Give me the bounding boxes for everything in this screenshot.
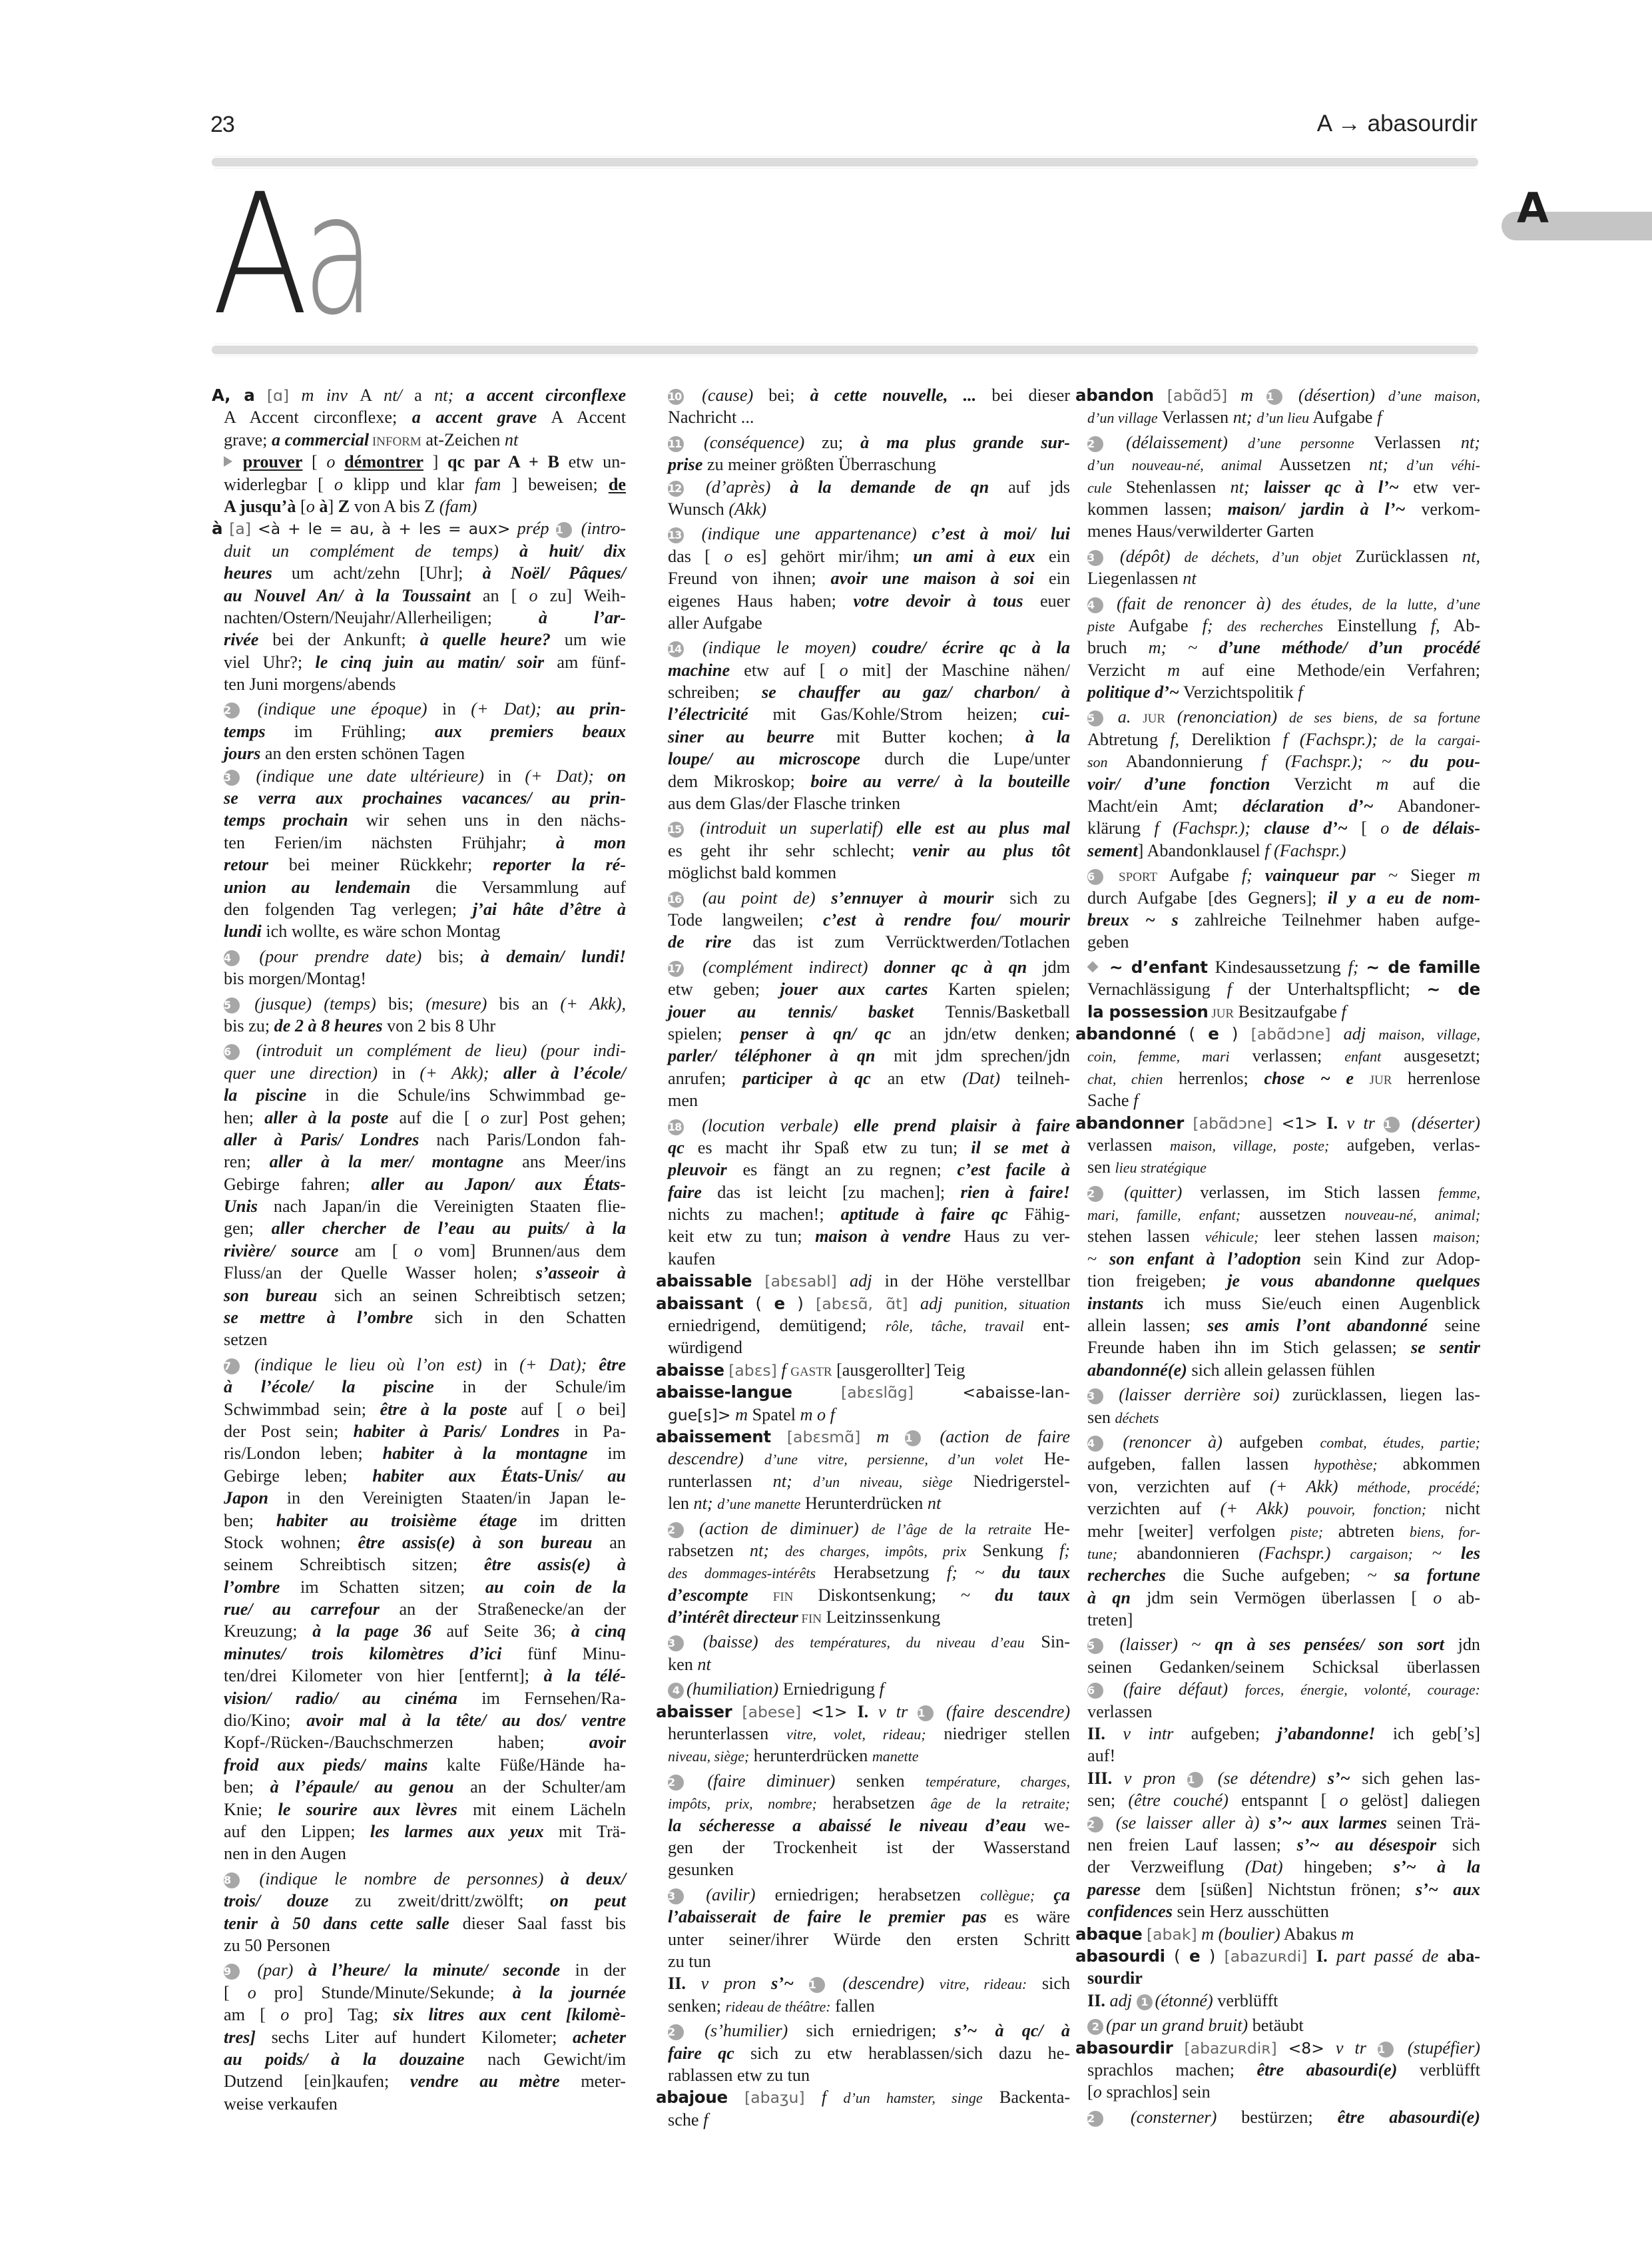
translation-text: der Unterhaltspflicht;	[1248, 980, 1427, 999]
grammar-label: m inv	[302, 386, 360, 405]
translation-text: ent-	[1043, 1316, 1070, 1335]
compound-diamond-icon	[1087, 961, 1099, 972]
entry-line: bis morgen/Montag!	[212, 968, 626, 989]
translation-text: spielen;	[668, 1024, 740, 1043]
example-phrase: minutes/ trois kilomètres d’ici	[224, 1644, 501, 1663]
translation-text: es] gehört mir/ihm;	[746, 547, 913, 566]
entry-headline: abaisse [abɛs] f GASTR [ausgerollter] Te…	[656, 1359, 1070, 1381]
entry-line: Abtretung f, Dereliktion f (Fachspr.); d…	[1075, 728, 1480, 750]
example-phrase: paresse	[1087, 1880, 1141, 1899]
example-phrase: c’est facile à	[957, 1160, 1070, 1179]
translation-text: ~	[1432, 1543, 1461, 1563]
grammar-label: f (Fachspr.);	[1154, 818, 1264, 838]
context-label: des dommages-intérêts	[668, 1565, 816, 1581]
translation-text: dieser Saal fasst bis	[463, 1914, 626, 1933]
entry-line: 2 (délaissement) d’une personne Verlasse…	[1075, 431, 1480, 453]
grammar-label: o	[248, 1983, 256, 2002]
entry-line: temps prochain wir sehen uns in den näch…	[212, 809, 626, 831]
translation-text: an jdn/etw denken;	[910, 1024, 1070, 1043]
entry-line: 3 (avilir) erniedrigen; herabsetzen coll…	[656, 1884, 1070, 1906]
translation-text: klipp und klar	[354, 475, 475, 494]
translation-text: hingeben;	[1304, 1857, 1394, 1876]
translation-text: He-	[1044, 1449, 1070, 1468]
grammar-label: (introduit un complément de lieu) (pour …	[256, 1041, 627, 1060]
entry-line: vision/ radio/ au cinéma im Fernsehen/Ra…	[212, 1687, 626, 1709]
grammar-label: f	[1133, 1091, 1138, 1110]
entry-line: au poids/ à la douzaine nach Gewicht/im	[212, 2048, 626, 2070]
grammar-label: (au point de)	[702, 888, 832, 908]
example-phrase: jours	[224, 744, 260, 763]
translation-text: an den ersten schönen Tagen	[260, 744, 465, 763]
sense-number-badge: 1	[1378, 2042, 1394, 2058]
entry-line: nen freien Lauf lassen; s’~ au désespoir…	[1075, 1834, 1480, 1856]
translation-text: dem [süßen] Nichtstun frönen;	[1155, 1880, 1416, 1899]
example-phrase: elle prend plaisir à faire	[854, 1116, 1070, 1135]
example-phrase: tenir à 50 dans cette salle	[224, 1914, 449, 1933]
translation-text: euer	[1040, 591, 1070, 611]
translation-text: Leitzinssenkung	[822, 1607, 940, 1627]
example-phrase: loupe/ au microscope	[668, 749, 860, 768]
entry-headline: abasourdi ( e ) [abazuʀdi] I. part passé…	[1075, 1945, 1480, 1967]
example-phrase: temps prochain	[224, 810, 348, 830]
entry-headline: abaisser [abese] <1> I. v tr 1 (faire de…	[656, 1701, 1070, 1723]
translation-text: sen	[1087, 1408, 1115, 1427]
sense-number-badge: 2	[1087, 1817, 1103, 1832]
translation-text: Herabsetzung	[834, 1563, 947, 1582]
translation-text: mit einem Lächeln	[473, 1800, 626, 1819]
grammar-label: f;	[947, 1563, 975, 1582]
entry-line: aus dem Glas/der Flasche trinken	[656, 792, 1070, 814]
example-phrase: être abasourdi(e)	[1338, 2107, 1480, 2127]
translation-text: schreiben;	[668, 683, 762, 702]
translation-text: auf Seite 36;	[446, 1621, 571, 1641]
translation-text: in der	[575, 1960, 626, 1980]
example-phrase: froid aux pieds/ mains	[224, 1755, 427, 1775]
grammar-label: m	[1167, 661, 1180, 680]
translation-text: ab-	[1458, 1588, 1480, 1607]
entry-line: 17 (complément indirect) donner qc à qn …	[656, 956, 1070, 978]
example-phrase: rue/ au carrefour	[224, 1599, 380, 1619]
domain-label: JUR	[1370, 1073, 1392, 1087]
translation-text: würdigend	[668, 1338, 742, 1357]
example-phrase: s’~ aux larmes	[1269, 1813, 1387, 1832]
example-phrase: à la télé-	[544, 1666, 626, 1685]
entry-line: 2(par un grand bruit) betäubt	[1075, 2014, 1480, 2036]
grammar-label: (Dat)	[962, 1069, 1000, 1088]
entry-line: ken nt	[656, 1653, 1070, 1675]
domain-label: GASTR	[790, 1365, 832, 1379]
sense-number-badge: 16	[668, 892, 684, 908]
entry-line: Liegenlassen nt	[1075, 567, 1480, 589]
translation-text: die Versammlung auf	[435, 878, 626, 897]
context-label: chat, chien	[1087, 1071, 1163, 1087]
entry-line: machine etw auf [ o mit] der Maschine nä…	[656, 659, 1070, 681]
example-phrase: abandonné(e)	[1087, 1360, 1187, 1380]
grammar-label: (Akk)	[728, 499, 766, 519]
grammar-label: (action de faire	[940, 1427, 1070, 1446]
translation-text: sich erniedrigen;	[806, 2021, 954, 2040]
context-label: femme,	[1438, 1185, 1480, 1201]
context-label: des études, de la lutte, d’une	[1282, 596, 1480, 613]
entry-line: ten/drei Kilometer von hier [entfernt]; …	[212, 1665, 626, 1687]
entry-line: Wunsch (Akk)	[656, 498, 1070, 520]
translation-text: Liegenlassen	[1087, 569, 1183, 588]
example-phrase: siner au beurre	[668, 727, 814, 746]
translation-text: treten]	[1087, 1610, 1133, 1629]
entry-line: sche f	[656, 2109, 1070, 2131]
translation-text: hen;	[224, 1108, 264, 1127]
entry-line: Dutzend [ein]kaufen; vendre au mètre met…	[212, 2070, 626, 2092]
translation-text: Spatel	[752, 1405, 800, 1424]
example-phrase: d’une méthode/ d’un procédé	[1219, 638, 1480, 657]
translation-text: rabsetzen	[668, 1541, 750, 1560]
grammar-label: nt;	[1233, 408, 1257, 427]
entry-line: den folgenden Tag verlegen; j’ai hâte d’…	[212, 898, 626, 920]
entry-line: auf den Lippen; les larmes aux yeux mit …	[212, 1821, 626, 1842]
grammar-label: (descendre)	[842, 1974, 939, 1993]
entry-line: verlassen	[1075, 1701, 1480, 1723]
context-label: enfant	[1344, 1048, 1381, 1065]
example-phrase: l’ombre	[224, 1577, 280, 1597]
example-phrase: ça	[1053, 1885, 1070, 1904]
translation-text: pro] Tag;	[304, 2005, 394, 2024]
translation-text: an etw	[888, 1069, 963, 1088]
grammar-label: o	[1340, 1791, 1348, 1810]
section-letter-upper: A	[212, 178, 305, 332]
translation-text: Knie;	[224, 1800, 278, 1819]
translation-text: um wie	[565, 630, 626, 649]
grammar-label: f	[1342, 1002, 1346, 1021]
translation-text: aufgeben, fallen lassen	[1087, 1454, 1314, 1474]
entry-line: paresse dem [süßen] Nichtstun frönen; s’…	[1075, 1878, 1480, 1900]
example-phrase: à la journée	[513, 1983, 626, 2002]
entry-line: à l’école/ la piscine in der Schule/im	[212, 1376, 626, 1398]
entry-line: instants ich muss Sie/euch einen Augenbl…	[1075, 1292, 1480, 1314]
sense-number-badge: 3	[1087, 550, 1103, 566]
translation-text: widerlegbar [	[224, 475, 324, 494]
translation-text: herabsetzen	[832, 1793, 930, 1813]
translation-text: Herunterdrücken	[800, 1494, 928, 1513]
translation-text: der Verzweiflung	[1087, 1857, 1245, 1876]
translation-text: bei dieser	[991, 386, 1070, 405]
example-phrase: d’escompte	[668, 1585, 748, 1605]
translation-text: Gebirge fahren;	[224, 1175, 371, 1194]
grammar-label: f	[822, 2088, 844, 2107]
translation-text: am [	[355, 1241, 398, 1261]
grammar-label: (+ Akk);	[419, 1063, 503, 1083]
grammar-label: nt;	[1369, 455, 1406, 474]
sense-number-badge: 2	[224, 702, 240, 718]
translation-text: grave;	[224, 430, 272, 449]
entry-line: II. v intr aufgeben; j’abandonne! ich ge…	[1075, 1723, 1480, 1745]
phonetic: [abɛslɑ̃g]	[841, 1383, 914, 1402]
translation-text: Vernachlässigung	[1087, 980, 1227, 999]
grammar-label: f	[1298, 683, 1302, 702]
translation-text: jdm sein Vermögen überlassen [	[1147, 1588, 1417, 1607]
entry-line: durch Aufgabe [des Gegners]; il y a eu d…	[1075, 887, 1480, 909]
translation-text: Freunde haben ihn im Stich gelassen;	[1087, 1338, 1411, 1357]
sense-number-badge: 8	[224, 1872, 240, 1888]
translation-text: auf jds	[1008, 477, 1070, 497]
entry-headline: abandonné ( e ) [abɑ̃dɔne] adj maison, v…	[1075, 1023, 1480, 1045]
grammar-label: v tr	[878, 1702, 918, 1721]
grammar-label: (faire défaut)	[1123, 1679, 1245, 1699]
example-phrase: a accent circonflexe	[466, 386, 626, 405]
sense-number-badge: 1	[1384, 1117, 1400, 1133]
sense-number-badge: 4	[1087, 1436, 1103, 1452]
translation-text: dio/Kino;	[224, 1711, 306, 1730]
translation-text: abtreten	[1338, 1522, 1410, 1541]
example-phrase: maison à vendre	[815, 1227, 951, 1246]
translation-text: zu tun	[668, 1952, 711, 1971]
entry-line: retour bei meiner Rückkehr; reporter la …	[212, 854, 626, 876]
translation-text: pro] Stunde/Minute/Sekunde;	[274, 1983, 513, 2002]
translation-text: Verzichtspolitik	[1179, 683, 1298, 702]
entry-line: zu 50 Personen	[212, 1934, 626, 1956]
sense-number-badge: 6	[1087, 869, 1103, 885]
example-phrase: au prin-	[557, 699, 626, 718]
example-phrase: son enfant à l’adoption	[1109, 1249, 1301, 1268]
entry-line: bis zu; de 2 à 8 heures von 2 bis 8 Uhr	[212, 1015, 626, 1037]
entry-line: auf!	[1075, 1745, 1480, 1767]
grammar-label: nt;	[750, 1541, 785, 1560]
translation-text: es wäre	[1004, 1907, 1070, 1926]
example-phrase: chose ~ e	[1264, 1069, 1354, 1088]
entry-line: treten]	[1075, 1609, 1480, 1631]
entry-line: ~ d’enfant Kindesaussetzung f; ~ de fami…	[1075, 956, 1480, 978]
entry-line: herunterlassen vitre, volet, rideau; nie…	[656, 1723, 1070, 1745]
entry-line: niveau, siège; herunterdrücken manette	[656, 1745, 1070, 1767]
example-phrase: s’~ à qc/ à	[955, 2021, 1071, 2040]
example-phrase: a commercial	[272, 430, 369, 449]
translation-text: ] Abandonklausel	[1138, 841, 1265, 860]
grammar-label: (+ Akk)	[1221, 1499, 1308, 1518]
context-label: cule	[1087, 479, 1112, 496]
entry-line: setzen	[212, 1328, 626, 1350]
translation-text: bis;	[439, 947, 481, 966]
grammar-label: (indique une date ultérieure)	[256, 766, 484, 786]
entry-line: ~ son enfant à l’adoption sein Kind zur …	[1075, 1248, 1480, 1270]
sense-number-badge: 4	[668, 1683, 684, 1699]
translation-text: Abandonnierung	[1125, 752, 1261, 771]
entry-line: menes Haus/verwilderter Garten	[1075, 520, 1480, 542]
example-phrase: s’~ aux	[1416, 1880, 1480, 1899]
grammar-label: (intro-	[581, 519, 626, 538]
translation-text: ]	[433, 452, 447, 471]
entry-line: sourdir	[1075, 1967, 1480, 1989]
translation-text: fünf Minu-	[527, 1644, 626, 1663]
translation-text: bei]	[599, 1400, 626, 1419]
example-phrase: rivée	[224, 630, 258, 649]
entry-line: II. adj 1(étonné) verblüfft	[1075, 1990, 1480, 2012]
context-label: d’un véhi-	[1406, 457, 1480, 473]
translation-text: aussetzen	[1259, 1205, 1344, 1224]
translation-text: senken;	[668, 1996, 726, 2016]
translation-text: anrufen;	[668, 1069, 742, 1088]
bottom-rule	[212, 346, 1478, 354]
grammar-label: o	[724, 547, 732, 566]
entry-line: 4 (pour prendre date) bis; à demain/ lun…	[212, 946, 626, 968]
grammar-label: f (Fachspr.);	[1283, 730, 1390, 749]
entry-line: tres] sechs Liter auf hundert Kilometer;…	[212, 2026, 626, 2048]
context-label: de ses biens, de sa fortune	[1289, 709, 1480, 726]
grammar-label: (faire diminuer)	[707, 1771, 835, 1791]
grammar-label: m	[1341, 1924, 1354, 1944]
example-phrase: tres]	[224, 2028, 256, 2047]
entry-line: Unis nach Japan/in die Vereinigten Staat…	[212, 1195, 626, 1217]
entry-line: des dommages-intérêts Herabsetzung f; ~ …	[656, 1561, 1070, 1583]
entry-line: Schwimmbad sein; être à la poste auf [ o…	[212, 1398, 626, 1420]
grammar-label: (indique le moyen)	[702, 638, 872, 657]
entry-headline: abaque [abak] m (boulier) Abakus m	[1075, 1923, 1480, 1945]
context-label: d’une personne	[1248, 435, 1354, 451]
translation-text: Diskontsenkung; ~	[818, 1585, 995, 1605]
translation-text: aus dem Glas/der Flasche trinken	[668, 794, 900, 813]
entry-line: 15 (introduit un superlatif) elle est au…	[656, 817, 1070, 839]
translation-text: den folgenden Tag verlegen;	[224, 900, 473, 919]
sense-number-badge: 3	[668, 1635, 684, 1651]
translation-text: bestürzen;	[1241, 2107, 1337, 2127]
context-label: coin, femme, mari	[1087, 1048, 1230, 1065]
translation-text: runterlassen	[668, 1472, 773, 1491]
grammar-label: duit un complément de temps)	[224, 541, 519, 561]
sense-number-badge: 1	[556, 522, 572, 538]
translation-text: es geht ihr sehr schlecht;	[668, 841, 912, 860]
translation-text: mit Trä-	[559, 1822, 626, 1841]
bold-text: II.	[1087, 1991, 1105, 2010]
translation-text: stehen lassen	[1087, 1227, 1205, 1246]
sense-number-badge: 9	[224, 1964, 240, 1980]
context-label: impôts, prix, nombre;	[668, 1795, 817, 1812]
entry-line: ben; habiter au troisième étage im dritt…	[212, 1510, 626, 1532]
bold-text: I.	[1316, 1946, 1328, 1966]
translation-text: verkom-	[1421, 499, 1480, 519]
entry-line: 2 (action de diminuer) de l’âge de la re…	[656, 1518, 1070, 1540]
grammar-label: (humiliation)	[687, 1679, 778, 1699]
phonetic: [abɛsmɑ̃]	[787, 1428, 860, 1446]
context-label: des recherches	[1227, 618, 1323, 635]
entry-line: Verzicht m auf eine Methode/ein Verfahre…	[1075, 659, 1480, 681]
example-phrase: s’ennuyer à mourir	[831, 888, 993, 908]
example-phrase: se mettre à l’ombre	[224, 1308, 413, 1327]
grammar-label: (par)	[258, 1960, 308, 1980]
sense-number-badge: 3	[1087, 1388, 1103, 1404]
translation-text: in den Vereinigten Staaten/in Japan le-	[287, 1488, 626, 1508]
idiom-triangle-icon	[224, 456, 232, 467]
translation-text: es macht ihr Spaß etw zu tun;	[698, 1138, 971, 1157]
translation-text: ein	[1049, 569, 1070, 588]
translation-text: seine	[1444, 1316, 1480, 1335]
translation-text: Dereliktion	[1191, 730, 1282, 749]
grammar-label: f;	[1203, 616, 1227, 635]
entry-line: mari, famille, enfant; aussetzen nouveau…	[1075, 1203, 1480, 1225]
example-phrase: du taux	[1002, 1563, 1070, 1582]
grammar-label: (faire descendre)	[946, 1702, 1070, 1721]
example-phrase: à huit/ dix	[519, 541, 626, 561]
grammar-label: (conséquence)	[704, 433, 804, 452]
translation-text: senken	[856, 1771, 926, 1791]
entry-line: coin, femme, mari verlassen; enfant ausg…	[1075, 1045, 1480, 1067]
entry-line: 4 (fait de renoncer à) des études, de la…	[1075, 593, 1480, 615]
translation-text: Tode langweilen;	[668, 910, 823, 930]
entry-headline: abasourdir [abazuʀdiʀ] <8> v tr 1 (stupé…	[1075, 2037, 1480, 2059]
translation-text: bis an	[499, 994, 561, 1013]
context-label: d’un nouveau-né, animal	[1087, 457, 1262, 473]
section-letters: Aa	[212, 178, 401, 332]
translation-text: Besitzaufgabe	[1234, 1002, 1341, 1021]
idiom-keyword: démontrer	[344, 452, 423, 471]
entry-line: impôts, prix, nombre; herabsetzen âge de…	[656, 1792, 1070, 1814]
translation-text: ich geb[’s]	[1393, 1724, 1480, 1743]
entry-line: se verra aux prochaines vacances/ au pri…	[212, 787, 626, 809]
example-phrase: habiter à la montagne	[383, 1444, 588, 1463]
entry-line: viel Uhr?; le cinq juin au matin/ soir a…	[212, 651, 626, 673]
section-letter-lower: a	[303, 178, 372, 332]
entry-line: dem Mikroskop; boire au verre/ à la bout…	[656, 770, 1070, 792]
translation-text: Verlassen	[1158, 408, 1233, 427]
grammar-label: (baisse)	[703, 1632, 775, 1651]
sense-number-badge: 3	[668, 1888, 684, 1904]
translation-text: nen freien Lauf lassen;	[1087, 1835, 1297, 1854]
translation-text: mit jdm sprechen/jdn	[894, 1046, 1070, 1065]
sense-number-badge: 12	[668, 481, 684, 497]
example-phrase: se chauffer au gaz/ charbon/ à	[762, 683, 1070, 702]
translation-text: Erniedrigung	[778, 1679, 879, 1699]
grammar-label: (complément indirect)	[702, 958, 884, 977]
translation-text: sechs Liter auf hundert Kilometer;	[272, 2028, 573, 2047]
entry-line: etw geben; jouer aux cartes Karten spiel…	[656, 978, 1070, 1000]
translation-text: Sache	[1087, 1091, 1133, 1110]
example-phrase: qn à ses pensées/ son sort	[1215, 1635, 1444, 1654]
entry-line: faire das ist leicht [zu machen]; rien à…	[656, 1181, 1070, 1203]
entry-line: sen; (être couché) entspannt [ o gelöst]…	[1075, 1789, 1480, 1811]
grammar-label: a.	[1118, 707, 1143, 726]
entry-line: senken; rideau de théâtre: fallen	[656, 1995, 1070, 2017]
translation-text: zahlreiche Teilnehmer haben aufge-	[1195, 910, 1480, 930]
translation-text: teilneh-	[1017, 1069, 1070, 1088]
translation-text: zurücklassen, liegen las-	[1292, 1385, 1480, 1404]
entry-line: zu tun	[656, 1950, 1070, 1972]
entry-line: 2 (s’humilier) sich erniedrigen; s’~ à q…	[656, 2020, 1070, 2042]
translation-text: Dutzend [ein]kaufen;	[224, 2072, 410, 2091]
entry-line: allein lassen; ses amis l’ont abandonné …	[1075, 1314, 1480, 1336]
translation-text: ren;	[224, 1152, 270, 1171]
entry-line: kommen lassen; maison/ jardin à l’~ verk…	[1075, 498, 1480, 520]
entry-line: 9 (par) à l’heure/ la minute/ seconde in…	[212, 1959, 626, 1981]
example-phrase: s’~	[1328, 1769, 1350, 1788]
context-label: des charges, impôts, prix	[785, 1543, 966, 1559]
translation-text: mit Gas/Kohle/Strom heizen;	[773, 704, 1042, 724]
translation-text: Verlassen	[1374, 433, 1460, 452]
translation-text: ben;	[224, 1511, 276, 1530]
context-label: de déchets, d’un objet	[1184, 549, 1341, 565]
entry-line: politique d’~ Verzichtspolitik f	[1075, 681, 1480, 703]
example-phrase: votre devoir à tous	[853, 591, 1023, 611]
entry-line: nichts zu machen!; aptitude à faire qc F…	[656, 1203, 1070, 1225]
example-phrase: l’électricité	[668, 704, 748, 724]
headword: abajoue	[656, 2088, 728, 2107]
translation-text: A	[360, 386, 384, 405]
grammar-label: (+ Dat);	[519, 1355, 599, 1374]
entry-line: l’électricité mit Gas/Kohle/Strom heizen…	[656, 703, 1070, 725]
context-label: piste;	[1290, 1524, 1323, 1540]
translation-text: keit etw zu tun;	[668, 1227, 815, 1246]
example-phrase: elle est au plus mal	[896, 818, 1070, 838]
example-phrase: vision/ radio/ au cinéma	[224, 1689, 457, 1708]
translation-text: ~	[1188, 638, 1219, 657]
entry-line: verzichten auf (+ Akk) pouvoir, fonction…	[1075, 1498, 1480, 1520]
entry-line: loupe/ au microscope durch die Lupe/unte…	[656, 748, 1070, 770]
